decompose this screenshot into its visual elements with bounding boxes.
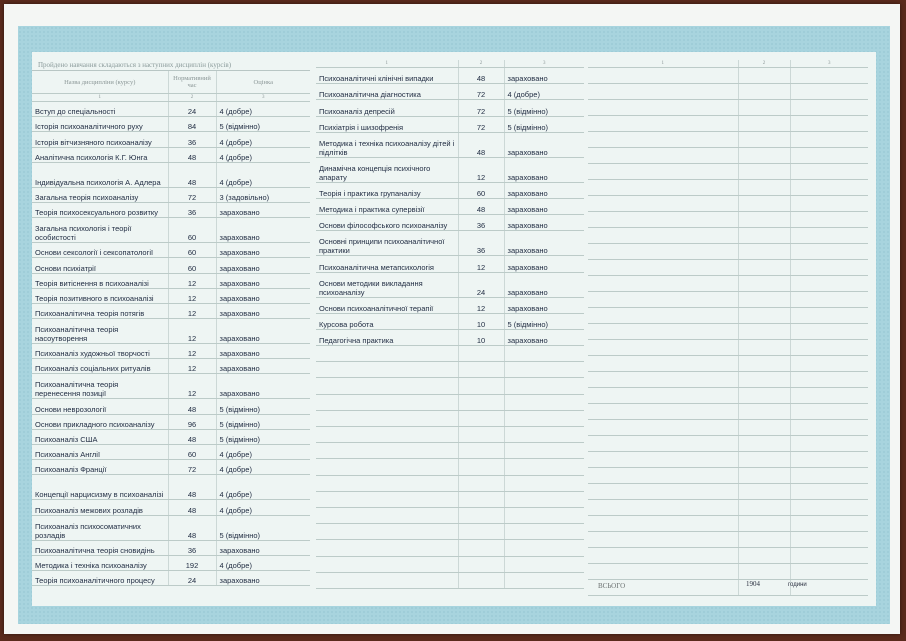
empty-cell — [738, 340, 790, 356]
empty-cell — [738, 372, 790, 388]
empty-cell — [790, 468, 868, 484]
empty-cell — [588, 116, 738, 132]
course-grade: зараховано — [504, 157, 584, 182]
course-grade: зараховано — [216, 540, 310, 555]
empty-cell — [790, 420, 868, 436]
empty-row — [588, 372, 868, 388]
table-row: Загальна психологія і теорії особистості… — [32, 218, 310, 243]
course-hours: 12 — [168, 303, 216, 318]
course-grade: 5 (відмінно) — [216, 399, 310, 414]
course-hours: 48 — [168, 515, 216, 540]
course-name: Теорія психосексуального розвитку — [32, 202, 168, 217]
empty-row — [588, 228, 868, 244]
course-hours: 48 — [458, 198, 504, 214]
empty-cell — [790, 436, 868, 452]
course-hours: 60 — [168, 258, 216, 273]
course-hours: 10 — [458, 329, 504, 345]
table-row: Педагогічна практика10зараховано — [316, 329, 584, 345]
course-hours: 36 — [168, 540, 216, 555]
course-grade: зараховано — [216, 374, 310, 399]
course-grade: зараховано — [504, 231, 584, 256]
empty-row — [588, 116, 868, 132]
course-name: Психоаналіз США — [32, 429, 168, 444]
empty-cell — [738, 212, 790, 228]
course-name: Психоаналітична теорія потягів — [32, 303, 168, 318]
empty-cell — [504, 362, 584, 378]
empty-cell — [588, 532, 738, 548]
empty-cell — [738, 244, 790, 260]
empty-cell — [790, 68, 868, 84]
empty-cell — [790, 180, 868, 196]
empty-cell — [790, 356, 868, 372]
header-grade: Оцінка — [216, 71, 310, 94]
empty-cell — [738, 420, 790, 436]
course-hours: 36 — [458, 215, 504, 231]
course-grade: 4 (добре) — [216, 102, 310, 117]
empty-row — [316, 362, 584, 378]
empty-cell — [588, 404, 738, 420]
course-hours: 36 — [168, 202, 216, 217]
course-grade: зараховано — [216, 319, 310, 344]
empty-cell — [588, 260, 738, 276]
total-label: ВСЬОГО — [598, 582, 625, 590]
empty-cell — [504, 491, 584, 507]
table-row: Основи методики викладання психоаналізу2… — [316, 272, 584, 297]
empty-cell — [790, 196, 868, 212]
course-hours: 48 — [458, 68, 504, 84]
empty-cell — [790, 84, 868, 100]
course-name: Аналітична психологія К.Г. Юнга — [32, 147, 168, 162]
empty-row — [588, 148, 868, 164]
empty-cell — [738, 452, 790, 468]
empty-cell — [790, 404, 868, 420]
course-hours: 84 — [168, 117, 216, 132]
course-name: Теорія витіснення в психоаналізі — [32, 273, 168, 288]
course-name: Психоаналітична теорія перенесення позиц… — [32, 374, 168, 399]
course-grade: зараховано — [216, 243, 310, 258]
empty-cell — [588, 196, 738, 212]
empty-cell — [790, 388, 868, 404]
empty-cell — [790, 308, 868, 324]
empty-cell — [316, 491, 458, 507]
course-grade: зараховано — [504, 132, 584, 157]
course-grade: 5 (відмінно) — [504, 100, 584, 116]
course-grade: 4 (добре) — [216, 147, 310, 162]
empty-cell — [588, 452, 738, 468]
course-grade: зараховано — [216, 273, 310, 288]
empty-cell — [588, 164, 738, 180]
empty-cell — [738, 148, 790, 164]
certificate-sheet: Пройдено навчання складаються з наступни… — [4, 4, 900, 634]
empty-cell — [458, 394, 504, 410]
empty-cell — [316, 540, 458, 556]
empty-cell — [588, 228, 738, 244]
empty-cell — [504, 443, 584, 459]
course-hours: 72 — [458, 100, 504, 116]
empty-cell — [504, 540, 584, 556]
empty-cell — [316, 378, 458, 394]
empty-cell — [588, 100, 738, 116]
table-row: Основні принципи психоаналітичної практи… — [316, 231, 584, 256]
table-row: Вступ до спеціальності244 (добре) — [32, 102, 310, 117]
course-grade: зараховано — [216, 570, 310, 585]
table-row: Психоаналіз США485 (відмінно) — [32, 429, 310, 444]
table-row: Теорія і практика групаналізу60зарахован… — [316, 182, 584, 198]
empty-cell — [588, 356, 738, 372]
course-grade: 5 (відмінно) — [504, 313, 584, 329]
table-row: Теорія позитивного в психоаналізі12зарах… — [32, 288, 310, 303]
course-name: Педагогічна практика — [316, 329, 458, 345]
empty-cell — [458, 572, 504, 588]
course-name: Психоаналітичні клінічні випадки — [316, 68, 458, 84]
course-hours: 36 — [458, 231, 504, 256]
table-row: Концепції нарцисизму в психоаналізі484 (… — [32, 475, 310, 500]
empty-cell — [790, 164, 868, 180]
empty-cell — [790, 548, 868, 564]
course-name: Основи психоаналітичної терапії — [316, 297, 458, 313]
empty-cell — [588, 340, 738, 356]
course-grade: 5 (відмінно) — [216, 429, 310, 444]
empty-cell — [588, 500, 738, 516]
course-hours: 12 — [458, 297, 504, 313]
empty-cell — [738, 292, 790, 308]
course-name: Теорія і практика групаналізу — [316, 182, 458, 198]
empty-cell — [738, 100, 790, 116]
empty-cell — [738, 116, 790, 132]
empty-row — [588, 132, 868, 148]
empty-cell — [458, 427, 504, 443]
empty-row — [588, 516, 868, 532]
col-number: 1 — [32, 94, 168, 102]
header-hours: Нормативний час — [168, 71, 216, 94]
course-hours: 12 — [168, 273, 216, 288]
empty-row — [316, 459, 584, 475]
empty-row — [316, 410, 584, 426]
course-grade: зараховано — [216, 344, 310, 359]
col-number: 2 — [458, 60, 504, 68]
empty-cell — [588, 244, 738, 260]
course-hours: 24 — [168, 102, 216, 117]
empty-cell — [316, 346, 458, 362]
empty-cell — [790, 116, 868, 132]
empty-cell — [790, 484, 868, 500]
col-number: 2 — [738, 60, 790, 68]
empty-cell — [316, 410, 458, 426]
empty-cell — [458, 540, 504, 556]
empty-cell — [458, 346, 504, 362]
empty-row — [316, 540, 584, 556]
empty-cell — [588, 132, 738, 148]
empty-cell — [790, 260, 868, 276]
table-row: Основи психіатрії60зараховано — [32, 258, 310, 273]
table-row: Психоаналіз Англії604 (добре) — [32, 445, 310, 460]
course-grade: зараховано — [504, 198, 584, 214]
empty-row — [588, 484, 868, 500]
empty-cell — [504, 556, 584, 572]
empty-cell — [790, 148, 868, 164]
empty-cell — [790, 516, 868, 532]
empty-cell — [588, 68, 738, 84]
empty-row — [588, 292, 868, 308]
empty-row — [588, 532, 868, 548]
empty-row — [588, 196, 868, 212]
course-name: Загальна теорія психоаналізу — [32, 187, 168, 202]
empty-row — [316, 346, 584, 362]
course-grade: зараховано — [504, 182, 584, 198]
course-grade: 4 (добре) — [216, 445, 310, 460]
course-grade: 3 (задовільно) — [216, 187, 310, 202]
table-row: Основи психоаналітичної терапії12зарахов… — [316, 297, 584, 313]
table-row: Основи філософського психоаналізу36зарах… — [316, 215, 584, 231]
course-hours: 12 — [168, 374, 216, 399]
empty-cell — [458, 524, 504, 540]
course-name: Динамічна концепція психічного апарату — [316, 157, 458, 182]
empty-cell — [504, 378, 584, 394]
empty-cell — [588, 484, 738, 500]
course-name: Концепції нарцисизму в психоаналізі — [32, 475, 168, 500]
empty-cell — [588, 436, 738, 452]
empty-cell — [588, 84, 738, 100]
table-row: Психоаналіз психосоматичних розладів485 … — [32, 515, 310, 540]
empty-row — [588, 84, 868, 100]
table-row: Курсова робота105 (відмінно) — [316, 313, 584, 329]
empty-cell — [458, 362, 504, 378]
empty-cell — [504, 572, 584, 588]
table-row: Історія вітчизняного психоаналізу364 (до… — [32, 132, 310, 147]
empty-cell — [790, 532, 868, 548]
empty-cell — [738, 516, 790, 532]
course-hours: 60 — [458, 182, 504, 198]
empty-cell — [738, 388, 790, 404]
table-row: Психоаналітична метапсихологія12зарахова… — [316, 256, 584, 272]
course-name: Психоаналіз депресій — [316, 100, 458, 116]
empty-cell — [458, 443, 504, 459]
empty-cell — [738, 436, 790, 452]
course-hours: 72 — [458, 84, 504, 100]
empty-cell — [458, 507, 504, 523]
table-row: Психоаналітична теорія насоутворення12за… — [32, 319, 310, 344]
course-hours: 36 — [168, 132, 216, 147]
empty-row — [588, 100, 868, 116]
empty-cell — [316, 459, 458, 475]
course-name: Загальна психологія і теорії особистості — [32, 218, 168, 243]
empty-cell — [504, 459, 584, 475]
empty-cell — [316, 572, 458, 588]
left-column-table: Пройдено навчання складаються з наступни… — [32, 60, 310, 586]
table-row: Основи прикладного психоаналізу965 (відм… — [32, 414, 310, 429]
course-name: Психоаналітична діагностика — [316, 84, 458, 100]
course-hours: 48 — [168, 147, 216, 162]
course-grade: 4 (добре) — [216, 162, 310, 187]
empty-cell — [790, 452, 868, 468]
empty-cell — [458, 491, 504, 507]
empty-cell — [588, 212, 738, 228]
course-grade: зараховано — [216, 258, 310, 273]
empty-cell — [738, 404, 790, 420]
table-row: Психоаналіз соціальних ритуалів12зарахов… — [32, 359, 310, 374]
empty-row — [588, 164, 868, 180]
course-grade: 4 (добре) — [504, 84, 584, 100]
course-hours: 48 — [168, 500, 216, 515]
course-name: Психоаналіз Франції — [32, 460, 168, 475]
middle-column-table: 1 2 3 Психоаналітичні клінічні випадки48… — [316, 60, 584, 589]
empty-row — [588, 244, 868, 260]
empty-row — [316, 507, 584, 523]
empty-cell — [588, 548, 738, 564]
course-name: Історія вітчизняного психоаналізу — [32, 132, 168, 147]
empty-row — [588, 340, 868, 356]
empty-row — [588, 324, 868, 340]
course-hours: 72 — [458, 116, 504, 132]
course-hours: 48 — [168, 399, 216, 414]
course-name: Курсова робота — [316, 313, 458, 329]
course-name: Психоаналіз межових розладів — [32, 500, 168, 515]
course-grade: зараховано — [216, 288, 310, 303]
empty-cell — [316, 394, 458, 410]
empty-row — [588, 436, 868, 452]
empty-cell — [588, 276, 738, 292]
col-number: 1 — [588, 60, 738, 68]
empty-row — [316, 572, 584, 588]
table-row: Основи сексології і сексопатології60зара… — [32, 243, 310, 258]
table-row: Теорія витіснення в психоаналізі12зарахо… — [32, 273, 310, 288]
course-name: Психоаналітична теорія насоутворення — [32, 319, 168, 344]
empty-row — [588, 68, 868, 84]
empty-row — [588, 420, 868, 436]
empty-row — [588, 452, 868, 468]
course-hours: 60 — [168, 445, 216, 460]
empty-row — [588, 260, 868, 276]
empty-cell — [738, 260, 790, 276]
table-row: Психоаналіз Франції724 (добре) — [32, 460, 310, 475]
empty-cell — [738, 532, 790, 548]
course-name: Психоаналіз художньої творчості — [32, 344, 168, 359]
empty-cell — [738, 548, 790, 564]
empty-cell — [588, 308, 738, 324]
col-number: 3 — [790, 60, 868, 68]
empty-cell — [790, 244, 868, 260]
empty-cell — [738, 276, 790, 292]
course-name: Психоаналіз Англії — [32, 445, 168, 460]
course-hours: 12 — [458, 157, 504, 182]
course-name: Психоаналіз психосоматичних розладів — [32, 515, 168, 540]
course-grade: зараховано — [216, 202, 310, 217]
empty-cell — [458, 378, 504, 394]
empty-cell — [790, 500, 868, 516]
empty-cell — [588, 180, 738, 196]
empty-cell — [458, 475, 504, 491]
course-grade: зараховано — [216, 303, 310, 318]
col-number: 3 — [216, 94, 310, 102]
course-hours: 48 — [168, 429, 216, 444]
course-name: Методика і техніка психоаналізу — [32, 555, 168, 570]
empty-cell — [790, 292, 868, 308]
empty-cell — [738, 180, 790, 196]
table-row: Методика і техніка психоаналізу1924 (доб… — [32, 555, 310, 570]
empty-cell — [504, 394, 584, 410]
header-name: Назва дисципліни (курсу) — [32, 71, 168, 94]
course-grade: 5 (відмінно) — [216, 117, 310, 132]
table-row: Методика і практика супервізії48зарахова… — [316, 198, 584, 214]
table-row: Методика і техніка психоаналізу дітей і … — [316, 132, 584, 157]
course-name: Основи психіатрії — [32, 258, 168, 273]
col-number: 3 — [504, 60, 584, 68]
course-hours: 12 — [458, 256, 504, 272]
course-grade: зараховано — [504, 256, 584, 272]
course-grade: зараховано — [216, 359, 310, 374]
table-row: Психоаналітична діагностика724 (добре) — [316, 84, 584, 100]
course-name: Психоаналітична метапсихологія — [316, 256, 458, 272]
empty-cell — [588, 468, 738, 484]
table-row: Аналітична психологія К.Г. Юнга484 (добр… — [32, 147, 310, 162]
empty-row — [588, 180, 868, 196]
empty-cell — [316, 524, 458, 540]
course-name: Основні принципи психоаналітичної практи… — [316, 231, 458, 256]
empty-cell — [790, 228, 868, 244]
course-hours: 12 — [168, 319, 216, 344]
empty-row — [588, 276, 868, 292]
empty-cell — [738, 356, 790, 372]
empty-row — [316, 427, 584, 443]
empty-cell — [458, 410, 504, 426]
course-name: Психіатрія і шизофренія — [316, 116, 458, 132]
empty-cell — [738, 68, 790, 84]
empty-cell — [316, 427, 458, 443]
course-name: Теорія психоаналітичного процесу — [32, 570, 168, 585]
empty-row — [316, 524, 584, 540]
course-name: Історія психоаналітичного руху — [32, 117, 168, 132]
course-grade: зараховано — [504, 272, 584, 297]
empty-cell — [588, 324, 738, 340]
empty-row — [316, 556, 584, 572]
course-hours: 12 — [168, 288, 216, 303]
total-summary: ВСЬОГО 1904 години — [588, 578, 868, 594]
empty-row — [316, 475, 584, 491]
empty-cell — [790, 100, 868, 116]
empty-cell — [738, 500, 790, 516]
empty-row — [588, 388, 868, 404]
table-row: Теорія психосексуального розвитку36зарах… — [32, 202, 310, 217]
table-row: Психоаналіз межових розладів484 (добре) — [32, 500, 310, 515]
course-name: Вступ до спеціальності — [32, 102, 168, 117]
empty-cell — [738, 164, 790, 180]
course-name: Основи методики викладання психоаналізу — [316, 272, 458, 297]
course-hours: 72 — [168, 187, 216, 202]
empty-cell — [316, 507, 458, 523]
course-grade: зараховано — [216, 218, 310, 243]
empty-cell — [790, 340, 868, 356]
empty-cell — [738, 132, 790, 148]
course-hours: 60 — [168, 218, 216, 243]
table-row: Основи неврозології485 (відмінно) — [32, 399, 310, 414]
course-name: Індивідуальна психологія А. Адлера — [32, 162, 168, 187]
empty-row — [588, 404, 868, 420]
empty-row — [588, 308, 868, 324]
empty-row — [316, 491, 584, 507]
course-name: Психоаналітична теорія сновидінь — [32, 540, 168, 555]
table-caption: Пройдено навчання складаються з наступни… — [32, 60, 310, 71]
empty-cell — [738, 84, 790, 100]
col-number: 2 — [168, 94, 216, 102]
table-row: Загальна теорія психоаналізу723 (задовіл… — [32, 187, 310, 202]
empty-cell — [504, 427, 584, 443]
course-grade: 4 (добре) — [216, 132, 310, 147]
course-name: Основи сексології і сексопатології — [32, 243, 168, 258]
empty-cell — [504, 507, 584, 523]
course-name: Основи прикладного психоаналізу — [32, 414, 168, 429]
table-row: Психоаналітична теорія сновидінь36зарахо… — [32, 540, 310, 555]
empty-cell — [504, 475, 584, 491]
